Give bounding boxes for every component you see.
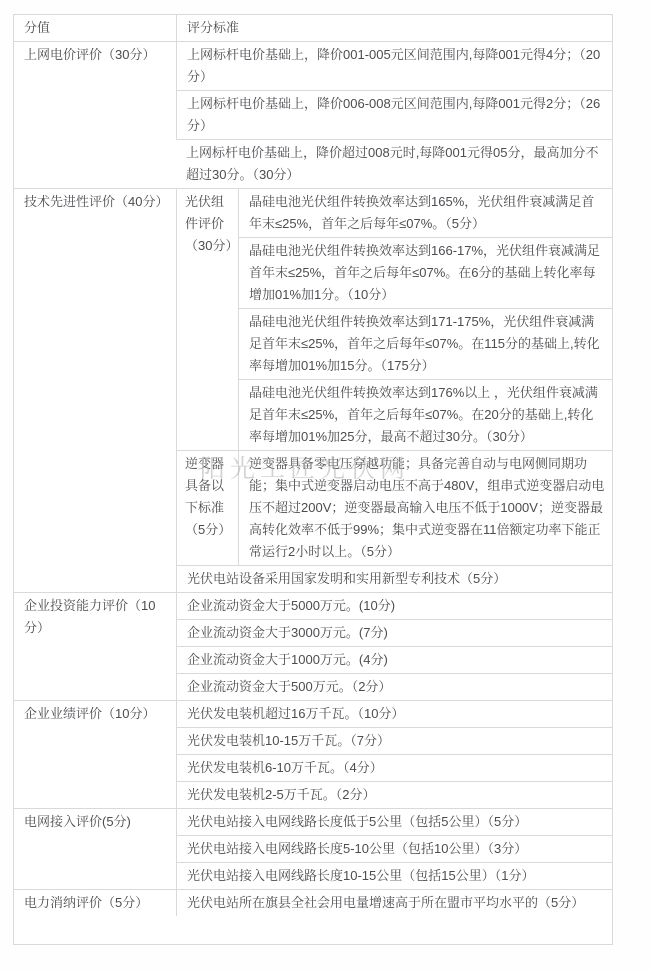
table-row: 电力消纳评价（5分）光伏电站所在旗县全社会用电量增速高于所在盟市平均水平的（5分… (14, 889, 612, 944)
category-cell: 电力消纳评价（5分） (14, 890, 176, 944)
criteria-cell: 光伏发电装机2-5万千瓦。（2分） (176, 781, 612, 808)
criteria-cell: 企业流动资金大于500万元。（2分） (176, 673, 612, 700)
subcategory-cell: 光伏组件评价（30分） (176, 189, 238, 450)
category-cell: 企业投资能力评价（10分） (14, 593, 176, 700)
table-row: 电网接入评价(5分)光伏电站接入电网线路长度低于5公里（包括5公里）（5分）光伏… (14, 808, 612, 889)
criteria-cell: 企业流动资金大于5000万元。(10分) (176, 593, 612, 619)
criteria-cell: 上网标杆电价基础上，降价超过008元时,每降001元得05分，最高加分不超过30… (176, 139, 612, 188)
criteria-cell: 晶硅电池光伏组件转换效率达到165%，光伏组件衰减满足首年末≤25%，首年之后每… (238, 189, 612, 237)
score-criteria-table: 分值 评分标准 上网电价评价（30分）上网标杆电价基础上，降价001-005元区… (13, 14, 613, 945)
table-row: 技术先进性评价（40分）光伏组件评价（30分）晶硅电池光伏组件转换效率达到165… (14, 188, 612, 592)
criteria-cell: 光伏发电装机10-15万千瓦。（7分） (176, 727, 612, 754)
subcategory-cell: 逆变器具备以下标准（5分） (176, 451, 238, 565)
table-row: 企业投资能力评价（10分）企业流动资金大于5000万元。(10分)企业流动资金大… (14, 592, 612, 700)
category-cell: 上网电价评价（30分） (14, 42, 176, 188)
criteria-cell: 企业流动资金大于1000万元。(4分) (176, 646, 612, 673)
criteria-area: 光伏组件评价（30分）晶硅电池光伏组件转换效率达到165%，光伏组件衰减满足首年… (176, 189, 612, 592)
criteria-cell: 上网标杆电价基础上，降价001-005元区间范围内,每降001元得4分；（20分… (176, 42, 612, 90)
category-cell: 电网接入评价(5分) (14, 809, 176, 889)
category-cell: 企业业绩评价（10分） (14, 701, 176, 808)
group-criteria-column: 逆变器具备零电压穿越功能；具备完善自动与电网侧同期功能；集中式逆变器启动电压不高… (238, 451, 612, 565)
group-criteria-column: 晶硅电池光伏组件转换效率达到165%，光伏组件衰减满足首年末≤25%，首年之后每… (238, 189, 612, 450)
criteria-cell: 光伏电站所在旗县全社会用电量增速高于所在盟市平均水平的（5分） (176, 890, 612, 916)
criteria-cell: 晶硅电池光伏组件转换效率达到171-175%，光伏组件衰减满足首年末≤25%，首… (238, 308, 612, 379)
criteria-cell: 光伏发电装机6-10万千瓦。（4分） (176, 754, 612, 781)
criteria-area: 上网标杆电价基础上，降价001-005元区间范围内,每降001元得4分；（20分… (176, 42, 612, 188)
criteria-area: 光伏发电装机超过16万千瓦。（10分）光伏发电装机10-15万千瓦。（7分）光伏… (176, 701, 612, 808)
criteria-cell: 光伏电站接入电网线路长度10-15公里（包括15公里）（1分） (176, 862, 612, 889)
criteria-cell: 晶硅电池光伏组件转换效率达到176%以上 ，光伏组件衰减满足首年末≤25%，首年… (238, 379, 612, 450)
criteria-cell: 逆变器具备零电压穿越功能；具备完善自动与电网侧同期功能；集中式逆变器启动电压不高… (238, 451, 612, 565)
category-cell: 技术先进性评价（40分） (14, 189, 176, 592)
header-right-area: 评分标准 (176, 15, 612, 41)
criteria-cell: 光伏电站接入电网线路长度5-10公里（包括10公里）（3分） (176, 835, 612, 862)
criteria-area: 光伏电站所在旗县全社会用电量增速高于所在盟市平均水平的（5分） (176, 890, 612, 944)
criteria-group: 逆变器具备以下标准（5分）逆变器具备零电压穿越功能；具备完善自动与电网侧同期功能… (176, 450, 612, 565)
criteria-cell: 上网标杆电价基础上，降价006-008元区间范围内,每降001元得2分；（26分… (176, 90, 612, 139)
criteria-cell: 光伏电站接入电网线路长度低于5公里（包括5公里）（5分） (176, 809, 612, 835)
criteria-column-header: 评分标准 (176, 15, 612, 41)
table-row: 上网电价评价（30分）上网标杆电价基础上，降价001-005元区间范围内,每降0… (14, 41, 612, 188)
table-row: 企业业绩评价（10分）光伏发电装机超过16万千瓦。（10分）光伏发电装机10-1… (14, 700, 612, 808)
criteria-cell: 光伏电站设备采用国家发明和实用新型专利技术（5分） (176, 565, 612, 592)
criteria-cell: 晶硅电池光伏组件转换效率达到166-17%，光伏组件衰减满足首年末≤25%，首年… (238, 237, 612, 308)
score-column-header: 分值 (14, 15, 176, 41)
criteria-cell: 企业流动资金大于3000万元。(7分) (176, 619, 612, 646)
criteria-cell: 光伏发电装机超过16万千瓦。（10分） (176, 701, 612, 727)
criteria-group: 光伏组件评价（30分）晶硅电池光伏组件转换效率达到165%，光伏组件衰减满足首年… (176, 189, 612, 450)
criteria-area: 企业流动资金大于5000万元。(10分)企业流动资金大于3000万元。(7分)企… (176, 593, 612, 700)
table-header-row: 分值 评分标准 (14, 15, 612, 41)
criteria-area: 光伏电站接入电网线路长度低于5公里（包括5公里）（5分）光伏电站接入电网线路长度… (176, 809, 612, 889)
